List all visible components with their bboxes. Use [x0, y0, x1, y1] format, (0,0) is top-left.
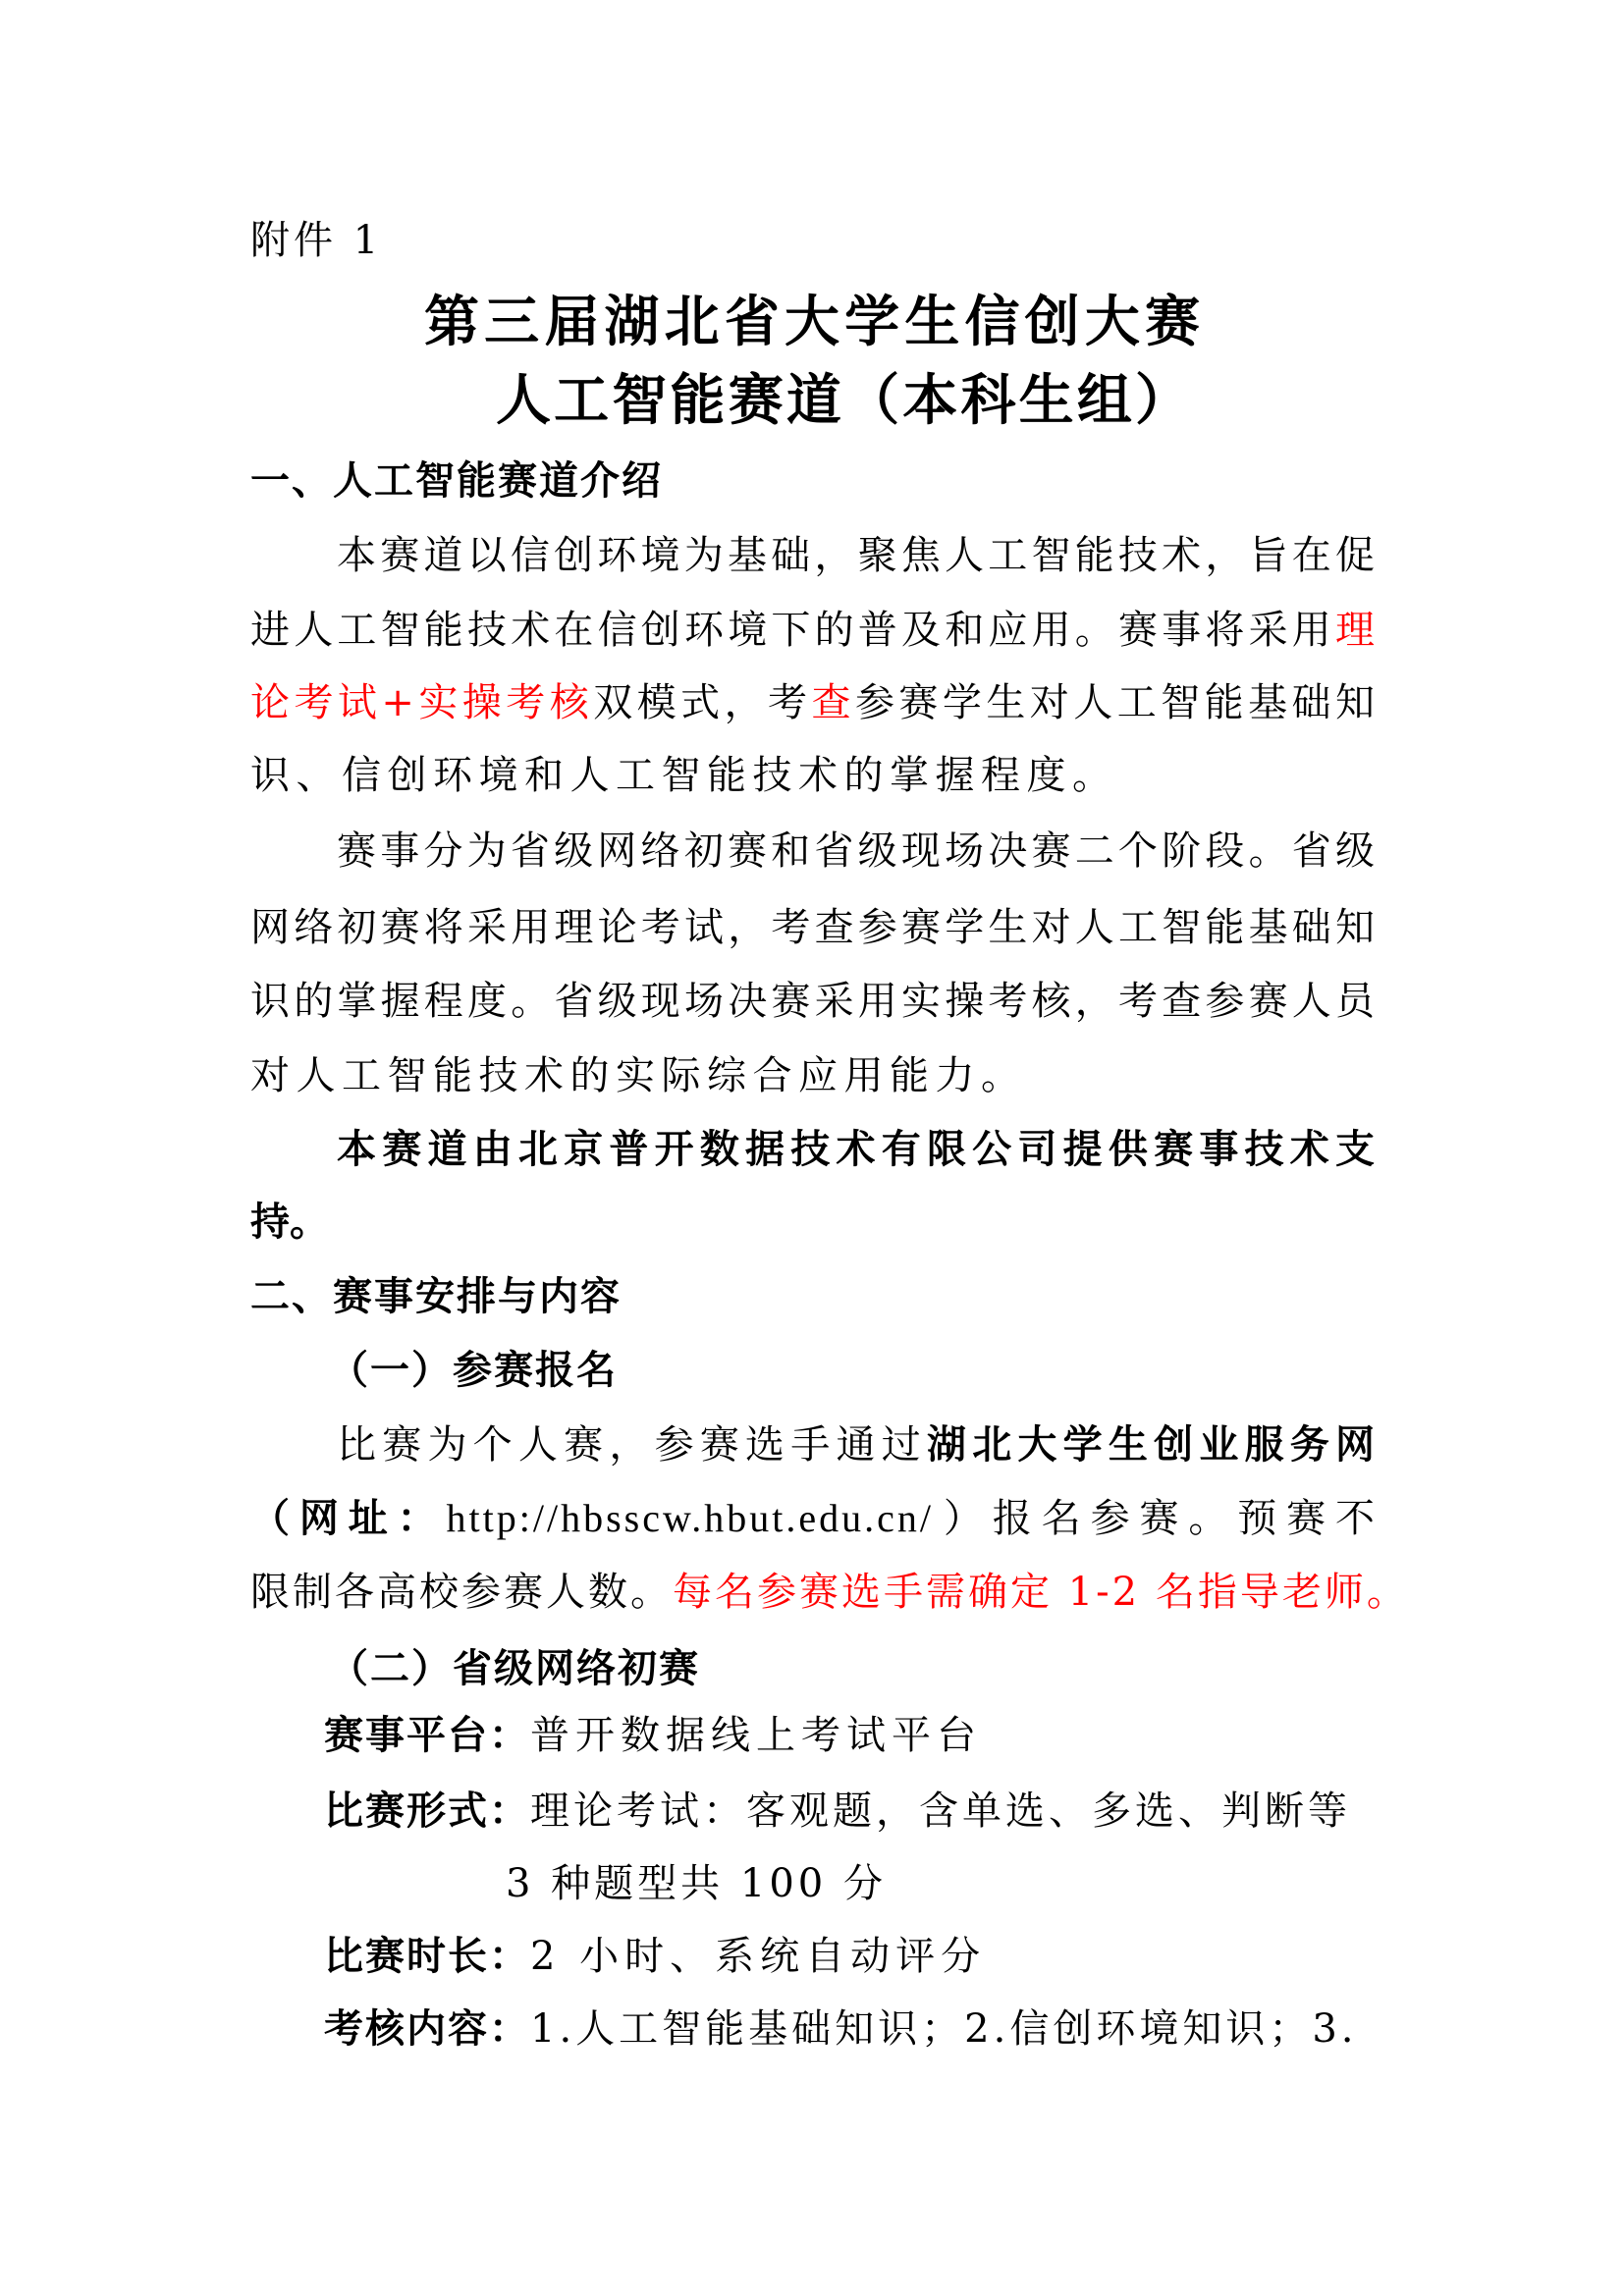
field-content: 考核内容：1.人工智能基础知识；2.信创环境知识；3.	[324, 2005, 1358, 2053]
text-run: 参赛学生对人工智能基础知	[855, 680, 1375, 725]
section2-heading: 二、赛事安排与内容	[250, 1273, 1375, 1320]
field-label: 比赛形式：	[324, 1789, 530, 1834]
text-run: 进人工智能技术在信创环境下的普及和应用。赛事将采用	[250, 608, 1335, 653]
text-run: （网址：	[250, 1496, 447, 1541]
sub1-heading: （一）参赛报名	[329, 1347, 618, 1394]
field-duration: 比赛时长：2 小时、系统自动评分	[324, 1933, 986, 1980]
sub1-line3: 限制各高校参赛人数。每名参赛选手需确定 1-2 名指导老师。	[250, 1569, 1375, 1616]
sub1-line1: 比赛为个人赛，参赛选手通过湖北大学生创业服务网	[337, 1421, 1375, 1468]
highlight-red: 每名参赛选手需确定 1-2 名指导老师。	[673, 1570, 1409, 1615]
website-name: 湖北大学生创业服务网	[927, 1422, 1375, 1468]
s1p2-line4: 对人工智能技术的实际综合应用能力。	[250, 1052, 1375, 1099]
doc-title-line2: 人工智能赛道（本科生组）	[496, 369, 1191, 432]
field-platform: 赛事平台：普开数据线上考试平台	[324, 1712, 982, 1759]
field-format: 比赛形式：理论考试：客观题，含单选、多选、判断等	[324, 1788, 1375, 1835]
s1p3-line1: 本赛道由北京普开数据技术有限公司提供赛事技术支	[337, 1126, 1375, 1173]
highlight-red: 论考试+实操考核	[250, 680, 593, 725]
s1p1-line2: 进人工智能技术在信创环境下的普及和应用。赛事将采用理	[250, 607, 1375, 654]
s1p1-line3: 论考试+实操考核双模式，考查参赛学生对人工智能基础知	[250, 679, 1375, 726]
text-run: 比赛为个人赛，参赛选手通过	[337, 1422, 927, 1468]
s1p1-line1: 本赛道以信创环境为基础，聚焦人工智能技术，旨在促	[337, 532, 1375, 579]
field-label: 赛事平台：	[324, 1713, 530, 1758]
field-value: 2 小时、系统自动评分	[530, 1934, 986, 1979]
text-run: 限制各高校参赛人数。	[250, 1570, 673, 1615]
field-value: 理论考试：客观题，含单选、多选、判断等	[530, 1789, 1351, 1834]
sub1-line2: （网址：http://hbsscw.hbut.edu.cn/）报名参赛。预赛不	[250, 1495, 1375, 1542]
s1p1-line4: 识、信创环境和人工智能技术的掌握程度。	[250, 752, 1375, 799]
field-value: 3 种题型共 100 分	[506, 1861, 887, 1906]
field-value: 1.人工智能基础知识；2.信创环境知识；3.	[530, 2006, 1358, 2052]
section1-heading: 一、人工智能赛道介绍	[250, 457, 1375, 505]
s1p2-line1: 赛事分为省级网络初赛和省级现场决赛二个阶段。省级	[337, 828, 1375, 875]
s1p3-line2: 持。	[250, 1199, 1375, 1246]
field-format-cont: 3 种题型共 100 分	[506, 1860, 887, 1907]
highlight-red: 理	[1335, 608, 1375, 653]
field-value: 普开数据线上考试平台	[530, 1713, 982, 1758]
sub2-heading: （二）省级网络初赛	[329, 1645, 700, 1692]
attachment-label: 附件 1	[250, 217, 382, 264]
field-label: 考核内容：	[324, 2006, 530, 2052]
s1p2-line2: 网络初赛将采用理论考试，考查参赛学生对人工智能基础知	[250, 904, 1375, 951]
highlight-red: 查	[812, 680, 855, 725]
doc-title-line1: 第三届湖北省大学生信创大赛	[424, 291, 1200, 353]
text-run: ）报名参赛。预赛不	[934, 1496, 1375, 1541]
field-label: 比赛时长：	[324, 1934, 530, 1979]
s1p2-line3: 识的掌握程度。省级现场决赛采用实操考核，考查参赛人员	[250, 978, 1375, 1025]
text-run: 双模式，考	[593, 680, 811, 725]
registration-url-link[interactable]: http://hbsscw.hbut.edu.cn/	[447, 1496, 934, 1540]
document-page: 附件 1 第三届湖北省大学生信创大赛 人工智能赛道（本科生组） 一、人工智能赛道…	[0, 0, 1624, 2296]
